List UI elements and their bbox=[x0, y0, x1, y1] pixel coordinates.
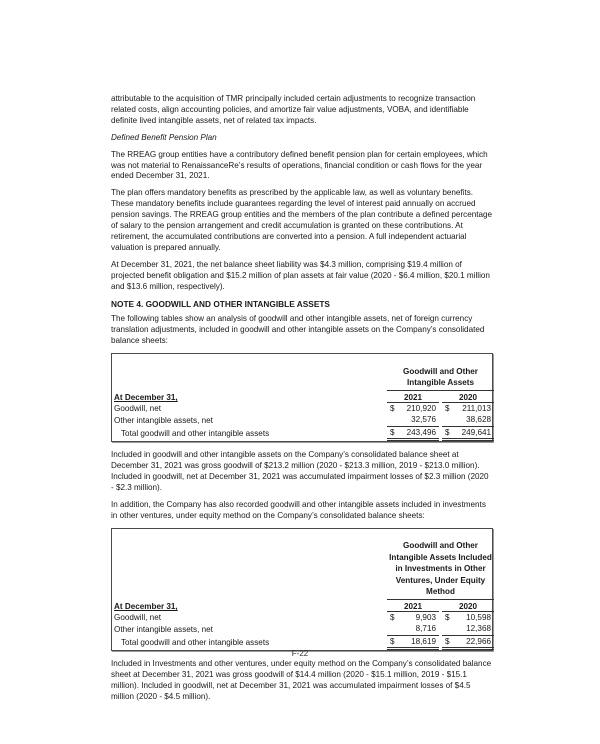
table-row: Other intangible assets, net 32,576 38,6… bbox=[112, 414, 494, 426]
equity-method-goodwill-table: Goodwill and Other Intangible Assets Inc… bbox=[111, 528, 493, 652]
date-column-label: At December 31, bbox=[112, 390, 384, 402]
currency-symbol: $ bbox=[445, 636, 450, 648]
pension-paragraph-3: At December 31, 2021, the net balance sh… bbox=[111, 260, 493, 293]
year-header: 2020 bbox=[442, 390, 494, 402]
table-row: Other intangible assets, net 8,716 12,36… bbox=[112, 623, 494, 635]
table-total-row: Total goodwill and other intangible asse… bbox=[112, 635, 494, 649]
row-label: Total goodwill and other intangible asse… bbox=[112, 426, 384, 440]
date-column-label: At December 31, bbox=[112, 599, 384, 611]
row-label: Total goodwill and other intangible asse… bbox=[112, 635, 384, 649]
post-table-1-paragraph-1: Included in goodwill and other intangibl… bbox=[111, 450, 493, 494]
row-label: Goodwill, net bbox=[112, 611, 384, 623]
currency-symbol: $ bbox=[445, 403, 450, 415]
intro-paragraph: attributable to the acquisition of TMR p… bbox=[111, 94, 493, 127]
table-group-header: Goodwill and Other Intangible Assets bbox=[387, 366, 494, 391]
page-number: F-22 bbox=[0, 649, 600, 658]
goodwill-table: Goodwill and Other Intangible Assets At … bbox=[111, 353, 493, 442]
currency-symbol: $ bbox=[390, 403, 395, 415]
note-4-heading: NOTE 4. GOODWILL AND OTHER INTANGIBLE AS… bbox=[111, 299, 493, 310]
currency-symbol: $ bbox=[445, 612, 450, 624]
cell-value: 32,576 bbox=[387, 414, 439, 426]
post-table-2-paragraph: Included in Investments and other ventur… bbox=[111, 659, 493, 703]
post-table-1-paragraph-2: In addition, the Company has also record… bbox=[111, 500, 493, 522]
currency-symbol: $ bbox=[390, 612, 395, 624]
pension-plan-heading: Defined Benefit Pension Plan bbox=[111, 133, 493, 144]
row-label: Goodwill, net bbox=[112, 402, 384, 414]
table-total-row: Total goodwill and other intangible asse… bbox=[112, 426, 494, 440]
year-header: 2021 bbox=[387, 599, 439, 611]
table-row: Goodwill, net $9,903 $10,598 bbox=[112, 611, 494, 623]
currency-symbol: $ bbox=[445, 427, 450, 439]
row-label: Other intangible assets, net bbox=[112, 414, 384, 426]
cell-value: 38,628 bbox=[442, 414, 494, 426]
cell-value: 12,368 bbox=[442, 623, 494, 635]
document-page: attributable to the acquisition of TMR p… bbox=[111, 94, 493, 709]
pension-paragraph-1: The RREAG group entities have a contribu… bbox=[111, 150, 493, 183]
note-4-intro: The following tables show an analysis of… bbox=[111, 314, 493, 347]
table-group-header: Goodwill and Other Intangible Assets Inc… bbox=[387, 540, 494, 599]
year-header: 2021 bbox=[387, 390, 439, 402]
cell-value: 8,716 bbox=[387, 623, 439, 635]
currency-symbol: $ bbox=[390, 636, 395, 648]
year-header: 2020 bbox=[442, 599, 494, 611]
currency-symbol: $ bbox=[390, 427, 395, 439]
pension-paragraph-2: The plan offers mandatory benefits as pr… bbox=[111, 188, 493, 253]
row-label: Other intangible assets, net bbox=[112, 623, 384, 635]
table-row: Goodwill, net $210,920 $211,013 bbox=[112, 402, 494, 414]
